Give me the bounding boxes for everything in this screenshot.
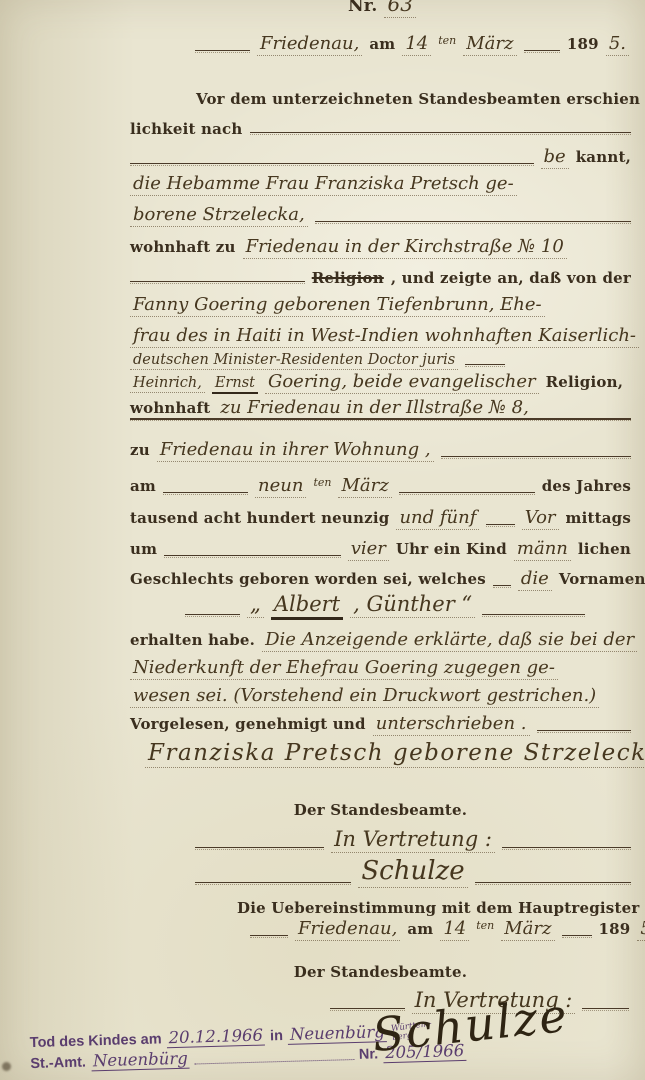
printed-text: Vor dem unterzeichneten Standesbeamten e… — [196, 90, 645, 108]
sex-line: Geschlechts geboren worden sei, welchesd… — [130, 568, 631, 591]
printed-text: lichen — [578, 540, 631, 558]
blank-rule — [465, 364, 505, 365]
handwritten-text: 14 — [402, 33, 431, 56]
printed-text: Geschlechts geboren worden sei, welches — [130, 570, 486, 588]
approval-line: Vorgelesen, genehmigt undunterschrieben … — [130, 713, 631, 736]
handwritten-text: März — [463, 33, 516, 56]
handwritten-text: Die Anzeigende erklärte, daß sie bei der — [262, 629, 637, 652]
printed-text: tausend acht hundert neunzig — [130, 509, 389, 527]
handwritten-text: März — [338, 475, 391, 498]
printed-text: Uhr ein Kind — [396, 540, 507, 558]
father-line-1: deutschen Minister-Residenten Doctor jur… — [130, 352, 631, 370]
blank-rule — [195, 50, 250, 51]
blank-rule — [185, 614, 240, 615]
handwritten-text: deutschen Minister-Residenten Doctor jur… — [130, 352, 458, 370]
declarant-signature-line: Franziska Pretsch geborene Strzelecka. — [145, 740, 631, 768]
handwritten-text: männ — [514, 538, 571, 561]
blank-rule — [441, 456, 631, 457]
birth-day-line: amneuntenMärzdes Jahres — [130, 475, 631, 498]
printed-text: kannt, — [576, 148, 631, 166]
blank-rule — [475, 882, 631, 883]
handwritten-text: ten — [313, 476, 331, 489]
handwritten-text: März — [501, 918, 554, 941]
father-line-2: Heinrich,ErnstGoering, beide evangelisch… — [130, 371, 631, 394]
printed-text: wohnhaft zu — [130, 238, 236, 256]
mother-line-2: frau des in Haiti in West-Indien wohnhaf… — [130, 325, 631, 348]
handwritten-text: Vor — [522, 507, 559, 530]
intro-line-2: lichkeit nach — [130, 120, 631, 138]
handwritten-text: Friedenau in ihrer Wohnung , — [157, 439, 434, 462]
printed-text: am — [407, 920, 433, 938]
printed-text: zu — [130, 441, 150, 459]
blank-rule — [399, 492, 535, 493]
handwritten-text: Schulze — [358, 856, 467, 888]
printed-text: 189 — [599, 920, 631, 938]
birth-time-line: umvierUhr ein Kindmännlichen — [130, 538, 631, 561]
parents-residence-line: wohnhaftzu Friedenau in der Illstraße № … — [130, 397, 631, 420]
birth-year-line: tausend acht hundert neunzigund fünfVorm… — [130, 507, 631, 530]
declarant-line-2: borene Strzelecka, — [130, 204, 631, 227]
blank-rule — [493, 585, 511, 586]
blank-rule — [537, 730, 632, 731]
stamp-office-value: Neuenbürg — [91, 1049, 190, 1072]
blank-rule — [130, 418, 631, 420]
handwritten-text: unterschrieben . — [373, 713, 530, 736]
printed-text: um — [130, 540, 157, 558]
printed-text: des Jahres — [542, 477, 631, 495]
attestation-line-1: erhalten habe.Die Anzeigende erklärte, d… — [130, 629, 631, 652]
printed-text: 189 — [567, 35, 599, 53]
blank-rule — [486, 524, 514, 525]
printed-text: Religion — [312, 269, 384, 287]
section-rule — [130, 418, 631, 425]
printed-text: am — [130, 477, 156, 495]
blank-rule — [130, 163, 534, 164]
birth-record-document: Nr.63Friedenau,am14tenMärz1895.Vor dem u… — [0, 0, 645, 1080]
registrar-signature-line-1: Schulze — [195, 856, 631, 888]
handwritten-text: 63 — [384, 0, 415, 18]
handwritten-text: be — [541, 146, 569, 169]
blank-rule — [164, 555, 341, 556]
printed-text: am — [369, 35, 395, 53]
printed-text: Vornamen — [559, 570, 645, 588]
certification-date-line: Friedenau,am14tenMärz1895. — [250, 918, 615, 941]
registrar-title-line-2: Der Standesbeamte. — [130, 963, 631, 981]
religion-line: Religion, und zeigte an, daß von der — [130, 269, 631, 287]
handwritten-text: , Günther “ — [350, 592, 475, 618]
handwritten-text: frau des in Haiti in West-Indien wohnhaf… — [130, 325, 639, 348]
handwritten-text: 5. — [637, 918, 645, 941]
handwritten-text: zu Friedenau in der Illstraße № 8, — [217, 397, 531, 420]
certification-line: Die Uebereinstimmung mit dem Hauptregist… — [237, 899, 631, 917]
blank-rule — [502, 847, 631, 848]
handwritten-text: Fanny Goering geborenen Tiefenbrunn, Ehe… — [130, 294, 545, 317]
handwritten-text: Albert — [271, 592, 343, 620]
attestation-line-2: Niederkunft der Ehefrau Goering zugegen … — [130, 657, 631, 680]
handwritten-text: 14 — [440, 918, 469, 941]
stamp-office-label: St.-Amt. — [30, 1055, 86, 1073]
printed-text: lichkeit nach — [130, 120, 243, 138]
blank-rule — [195, 847, 324, 848]
blank-rule — [130, 281, 305, 282]
blank-rule — [195, 882, 351, 883]
declarant-residence-line: wohnhaft zuFriedenau in der Kirchstraße … — [130, 236, 631, 259]
printed-text: Die Uebereinstimmung mit dem Hauptregist… — [237, 899, 645, 917]
blank-rule — [482, 614, 585, 615]
record-number-line: Nr.63 — [348, 0, 548, 18]
blank-rule — [250, 132, 632, 133]
stamp-death-date: 20.12.1966 — [166, 1026, 265, 1049]
handwritten-text: Goering, beide evangelischer — [265, 371, 539, 394]
handwritten-text: Niederkunft der Ehefrau Goering zugegen … — [130, 657, 558, 680]
known-line: bekannt, — [130, 146, 631, 169]
handwritten-text: Friedenau in der Kirchstraße № 10 — [243, 236, 567, 259]
blank-rule — [524, 50, 560, 51]
handwritten-text: die Hebamme Frau Franziska Pretsch ge- — [130, 173, 517, 196]
printed-text: Der Standesbeamte. — [294, 963, 467, 981]
handwritten-text: neun — [255, 475, 306, 498]
handwritten-text: wesen sei. (Vorstehend ein Druckwort ges… — [130, 685, 599, 708]
handwritten-text: „ — [247, 592, 264, 618]
handwritten-text: 5. — [606, 33, 629, 56]
mother-line-1: Fanny Goering geborenen Tiefenbrunn, Ehe… — [130, 294, 631, 317]
stamp-death-label: Tod des Kindes am — [30, 1031, 162, 1051]
printed-text: Der Standesbeamte. — [294, 801, 467, 819]
printed-text: , und zeigte an, daß von der — [391, 269, 631, 287]
handwritten-text: Franziska Pretsch geborene Strzelecka. — [145, 740, 645, 768]
printed-text: Religion, — [546, 373, 624, 391]
stamp-in-label: in — [270, 1028, 283, 1044]
place-date-line: Friedenau,am14tenMärz1895. — [195, 33, 629, 56]
handwritten-text: Friedenau, — [257, 33, 362, 56]
printed-text: erhalten habe. — [130, 631, 255, 649]
handwritten-text: borene Strzelecka, — [130, 204, 308, 227]
handwritten-text: die — [518, 568, 552, 591]
printed-text: mittags — [566, 509, 631, 527]
handwritten-text: Heinrich, — [130, 375, 205, 393]
intro-line-1: Vor dem unterzeichneten Standesbeamten e… — [196, 90, 629, 108]
birthplace-line: zuFriedenau in ihrer Wohnung , — [130, 439, 631, 462]
printed-text: Vorgelesen, genehmigt und — [130, 715, 366, 733]
handwritten-text: Friedenau, — [295, 918, 400, 941]
registrar-title-line-1: Der Standesbeamte. — [130, 801, 631, 819]
printed-text: Nr. — [348, 0, 377, 16]
printed-text: wohnhaft — [130, 399, 210, 417]
declarant-line-1: die Hebamme Frau Franziska Pretsch ge- — [130, 173, 631, 196]
given-names-line: „Albert, Günther “ — [185, 592, 585, 620]
blank-rule — [315, 221, 631, 222]
attestation-line-3: wesen sei. (Vorstehend ein Druckwort ges… — [130, 685, 631, 708]
blank-rule — [250, 935, 288, 936]
blank-rule — [562, 935, 592, 936]
blank-rule — [163, 492, 248, 493]
blank-rule — [582, 1008, 629, 1009]
handwritten-text: Ernst — [212, 375, 258, 394]
deputy-line-1: In Vertretung : — [195, 827, 631, 853]
handwritten-text: und fünf — [396, 507, 479, 530]
stamp-blank-rule — [195, 1059, 354, 1064]
handwritten-text: In Vertretung : — [331, 827, 495, 853]
handwritten-text: vier — [348, 538, 389, 561]
handwritten-text: ten — [438, 34, 456, 47]
handwritten-text: ten — [476, 919, 494, 932]
